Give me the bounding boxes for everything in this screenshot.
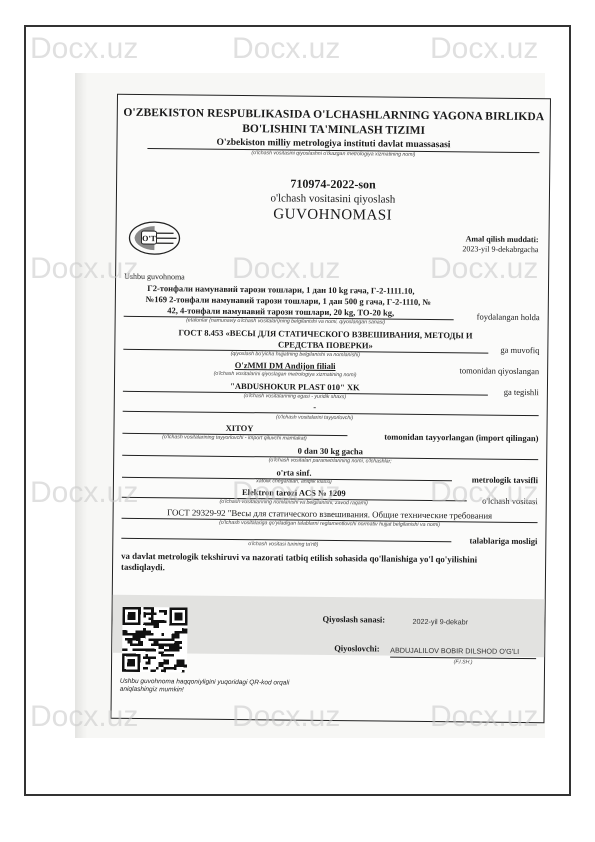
inspector-hint: (F.I.SH.): [390, 659, 536, 667]
inspector-name: ABDUJALILOV BOBIR DILSHOD O'G'LI: [390, 646, 519, 656]
verification-date-value: 2022-yil 9-dekabr: [412, 617, 468, 627]
accuracy-suffix: metrologik tavsifli: [472, 474, 538, 485]
conclusion-text: va davlat metrologik tekshiruvi va nazor…: [121, 551, 537, 577]
svg-text:O'T: O'T: [142, 234, 157, 243]
system-title-line1: O'ZBEKISTON RESPUBLIKASIDA O'LCHASHLARNI…: [118, 107, 550, 124]
validity-value: 2023-yil 9-dekabrgacha: [462, 244, 538, 255]
scan-shadow: [75, 73, 87, 738]
verifier-suffix: tomonidan qiyoslangan: [460, 365, 540, 376]
type-suffix: talablariga mosligi: [470, 535, 538, 546]
owner-suffix: ga tegishli: [504, 387, 539, 397]
qr-code-icon[interactable]: [122, 607, 188, 673]
intro-text: Ushbu guvohnoma: [124, 272, 185, 282]
qr-note: Ushbu guvohnoma haqqoniyligini yuqoridag…: [120, 678, 290, 696]
verification-date-label: Qiyoslash sanasi:: [322, 614, 385, 625]
certificate: O'ZBEKISTON RESPUBLIKASIDA O'LCHASHLARNI…: [110, 94, 551, 724]
inspector-label: Qiyoslovchi:: [334, 643, 379, 653]
validity-block: Amal qilish muddati: 2023-yil 9-dekabrga…: [462, 234, 538, 255]
country-hint: (o'lchash vositalarining tayyorlovchi - …: [114, 434, 354, 443]
country-suffix: tomonidan tayyorlangan (import qilingan): [384, 432, 538, 444]
system-title-line2: BO'LISHINI TA'MINLASH TIZIMI: [118, 122, 550, 139]
standards-suffix: foydalangan holda: [477, 312, 540, 323]
instrument-suffix: o'lchash vositasi: [482, 496, 538, 507]
method-suffix: ga muvofiq: [500, 345, 539, 355]
certificate-heading: GUVOHNOMASI: [117, 205, 549, 227]
ozstandard-logo-icon: O'T: [128, 220, 180, 257]
